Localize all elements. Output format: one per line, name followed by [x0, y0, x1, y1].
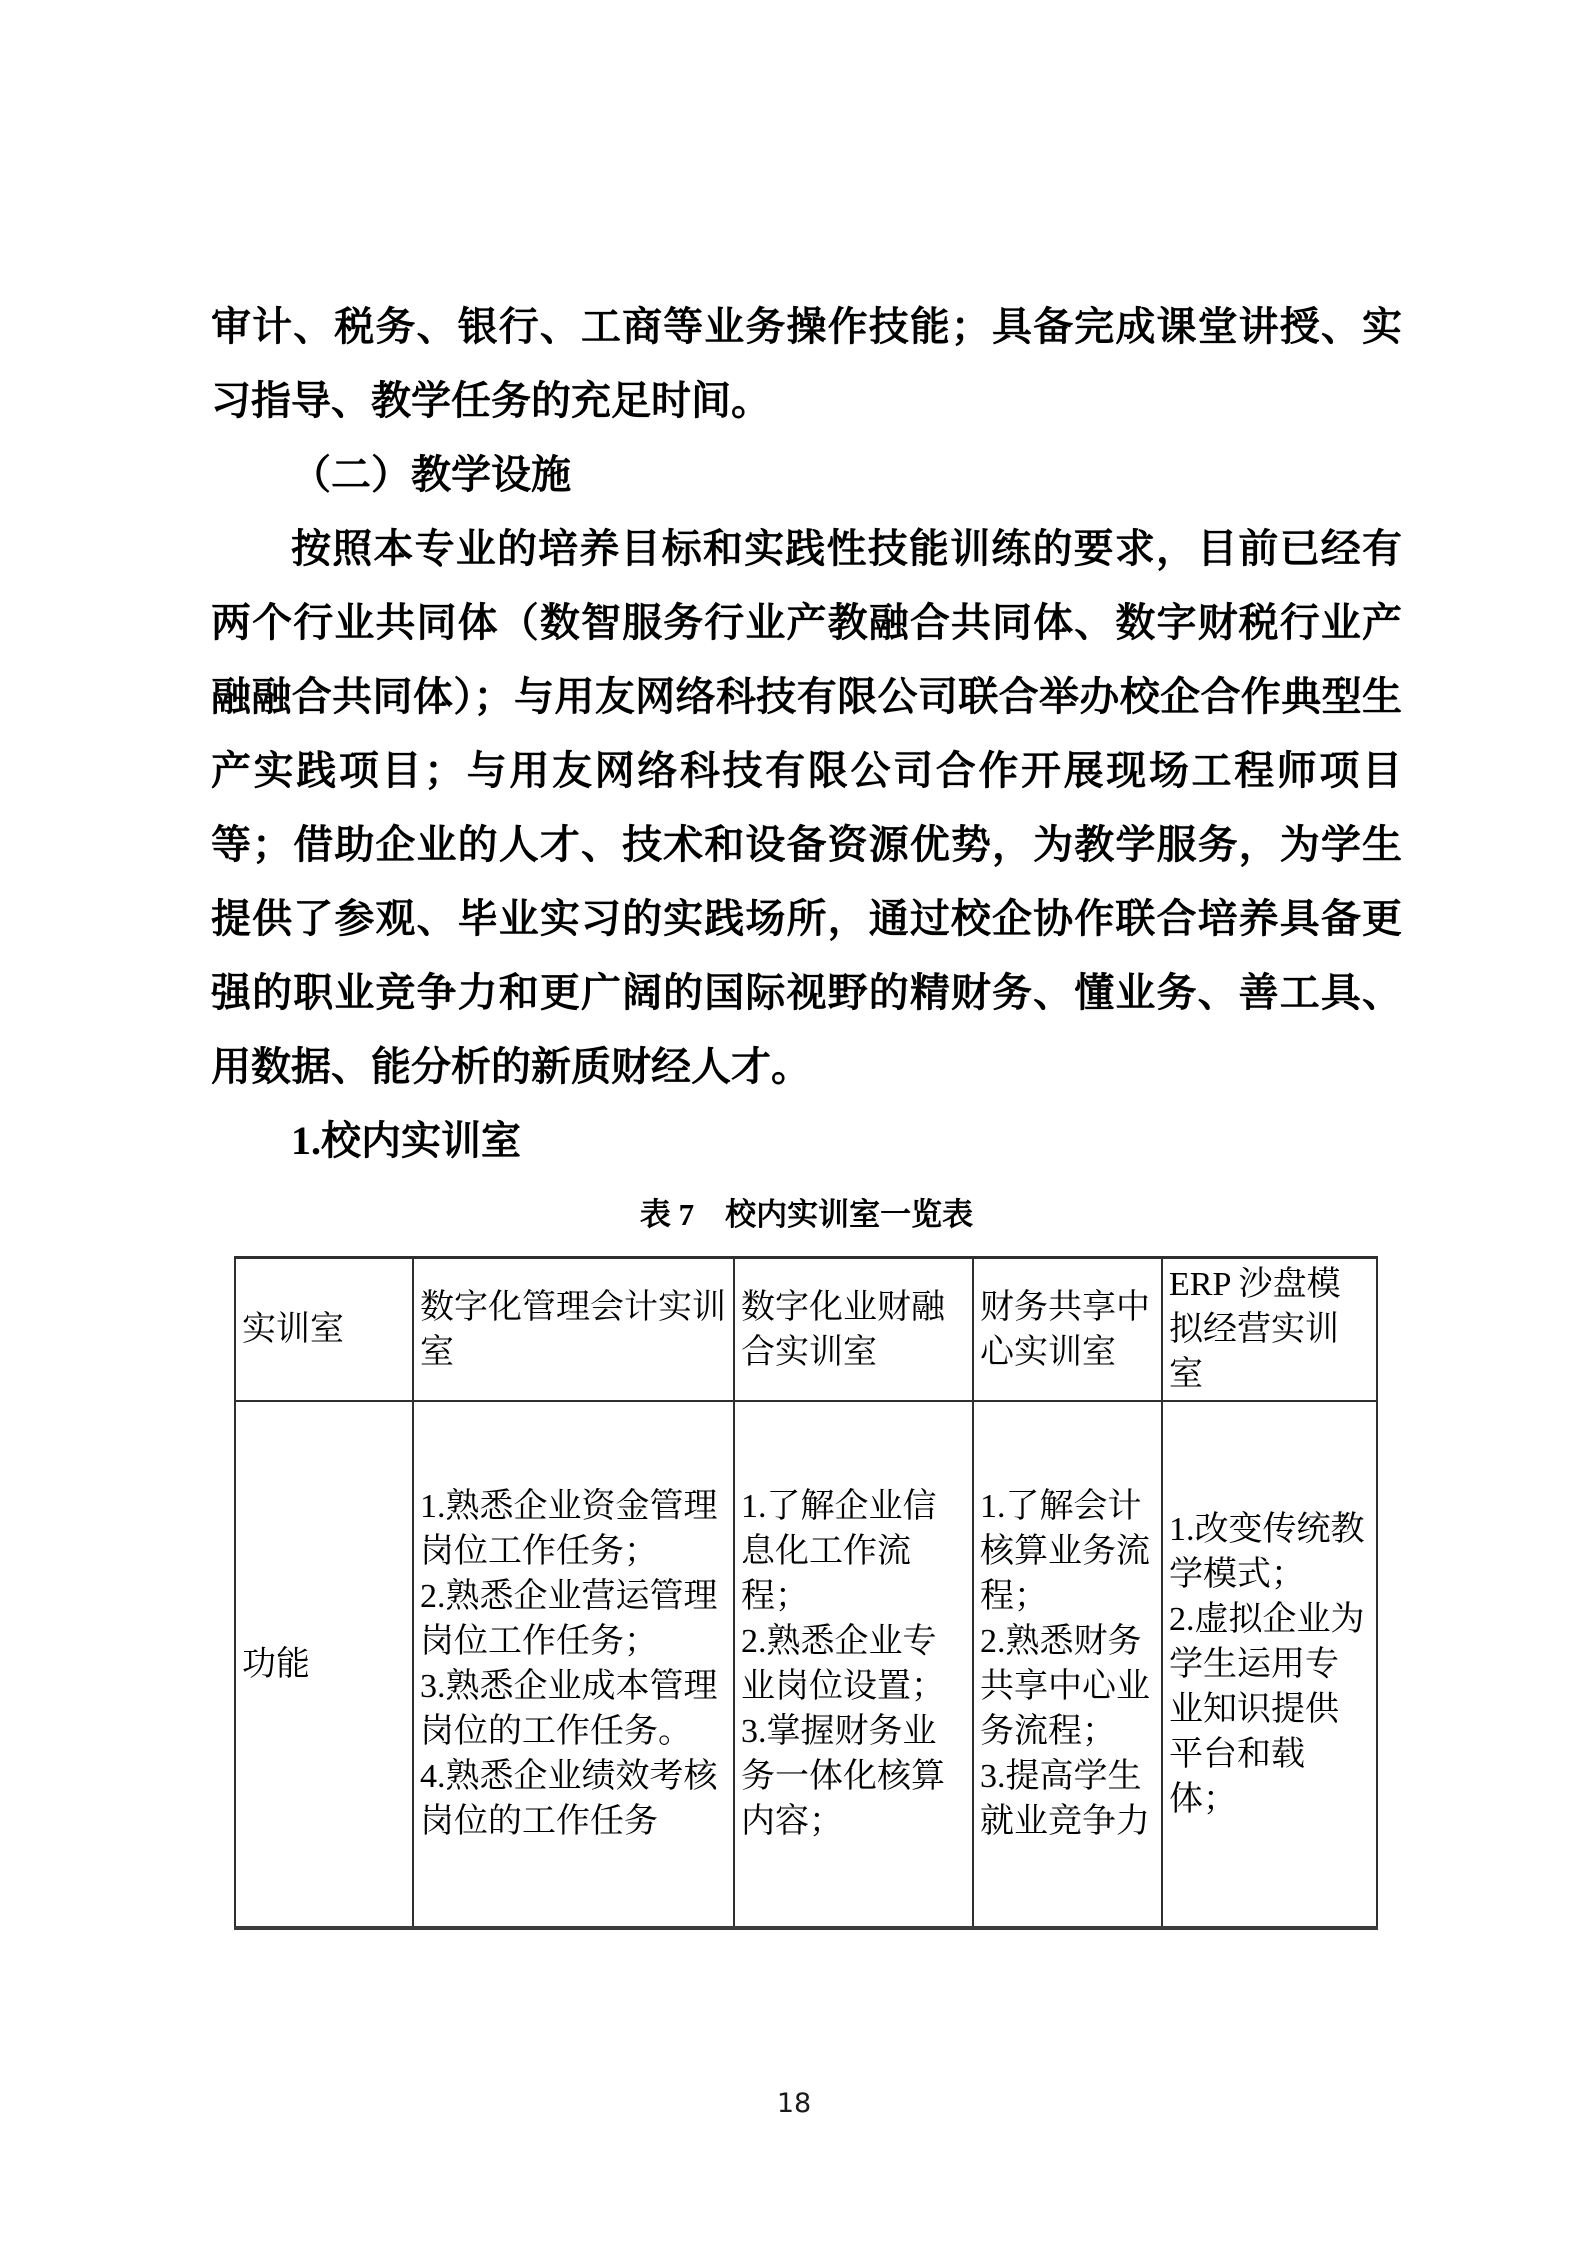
cell-digital-business-finance: 1.了解企业信息化工作流程；2.熟悉企业专业岗位设置；3.掌握财务业务一体化核算… — [734, 1401, 973, 1928]
cell-item: 1.改变传统教学模式； — [1169, 1507, 1370, 1597]
cell-item: 2.熟悉财务共享中心业务流程； — [980, 1619, 1155, 1754]
table-caption: 表 7 校内实训室一览表 — [211, 1178, 1402, 1252]
cell-item: 3.掌握财务业务一体化核算内容； — [741, 1709, 966, 1844]
page-number: 18 — [0, 2088, 1588, 2119]
cell-financial-shared-center: 1.了解会计核算业务流程；2.熟悉财务共享中心业务流程；3.提高学生就业竞争力 — [973, 1401, 1162, 1928]
document-page: 审计、税务、银行、工商等业务操作技能；具备完成课堂讲授、实习指导、教学任务的充足… — [0, 0, 1588, 2245]
table-header-row: 实训室 数字化管理会计实训室 数字化业财融合实训室 财务共享中心实训室 ERP … — [235, 1258, 1377, 1402]
header-cell-erp-sandbox: ERP 沙盘模拟经营实训室 — [1162, 1258, 1377, 1402]
row-label-function: 功能 — [235, 1401, 413, 1928]
header-cell-digital-business-finance: 数字化业财融合实训室 — [734, 1258, 973, 1402]
paragraph-continuation: 审计、税务、银行、工商等业务操作技能；具备完成课堂讲授、实习指导、教学任务的充足… — [211, 290, 1402, 438]
cell-item: 1.了解企业信息化工作流程； — [741, 1484, 966, 1619]
table-function-row: 功能 1.熟悉企业资金管理岗位工作任务；2.熟悉企业营运管理岗位工作任务；3.熟… — [235, 1401, 1377, 1928]
cell-item: 2.虚拟企业为学生运用专业知识提供平台和载体； — [1169, 1597, 1370, 1822]
subsection-heading: 1.校内实训室 — [211, 1104, 1402, 1178]
training-rooms-table: 实训室 数字化管理会计实训室 数字化业财融合实训室 财务共享中心实训室 ERP … — [234, 1256, 1378, 1930]
body-paragraph: 按照本专业的培养目标和实践性技能训练的要求，目前已经有两个行业共同体（数智服务行… — [211, 512, 1402, 1104]
cell-item: 3.提高学生就业竞争力 — [980, 1754, 1155, 1844]
section-heading: （二）教学设施 — [211, 438, 1402, 512]
cell-erp-sandbox: 1.改变传统教学模式；2.虚拟企业为学生运用专业知识提供平台和载体； — [1162, 1401, 1377, 1928]
cell-digital-management-accounting: 1.熟悉企业资金管理岗位工作任务；2.熟悉企业营运管理岗位工作任务；3.熟悉企业… — [413, 1401, 734, 1928]
cell-item: 2.熟悉企业营运管理岗位工作任务； — [420, 1574, 727, 1664]
cell-item: 3.熟悉企业成本管理岗位的工作任务。 — [420, 1664, 727, 1754]
cell-item: 2.熟悉企业专业岗位设置； — [741, 1619, 966, 1709]
header-cell-room: 实训室 — [235, 1258, 413, 1402]
cell-item: 4.熟悉企业绩效考核岗位的工作任务 — [420, 1754, 727, 1844]
header-cell-digital-management-accounting: 数字化管理会计实训室 — [413, 1258, 734, 1402]
header-cell-financial-shared-center: 财务共享中心实训室 — [973, 1258, 1162, 1402]
cell-item: 1.了解会计核算业务流程； — [980, 1484, 1155, 1619]
cell-item: 1.熟悉企业资金管理岗位工作任务； — [420, 1484, 727, 1574]
